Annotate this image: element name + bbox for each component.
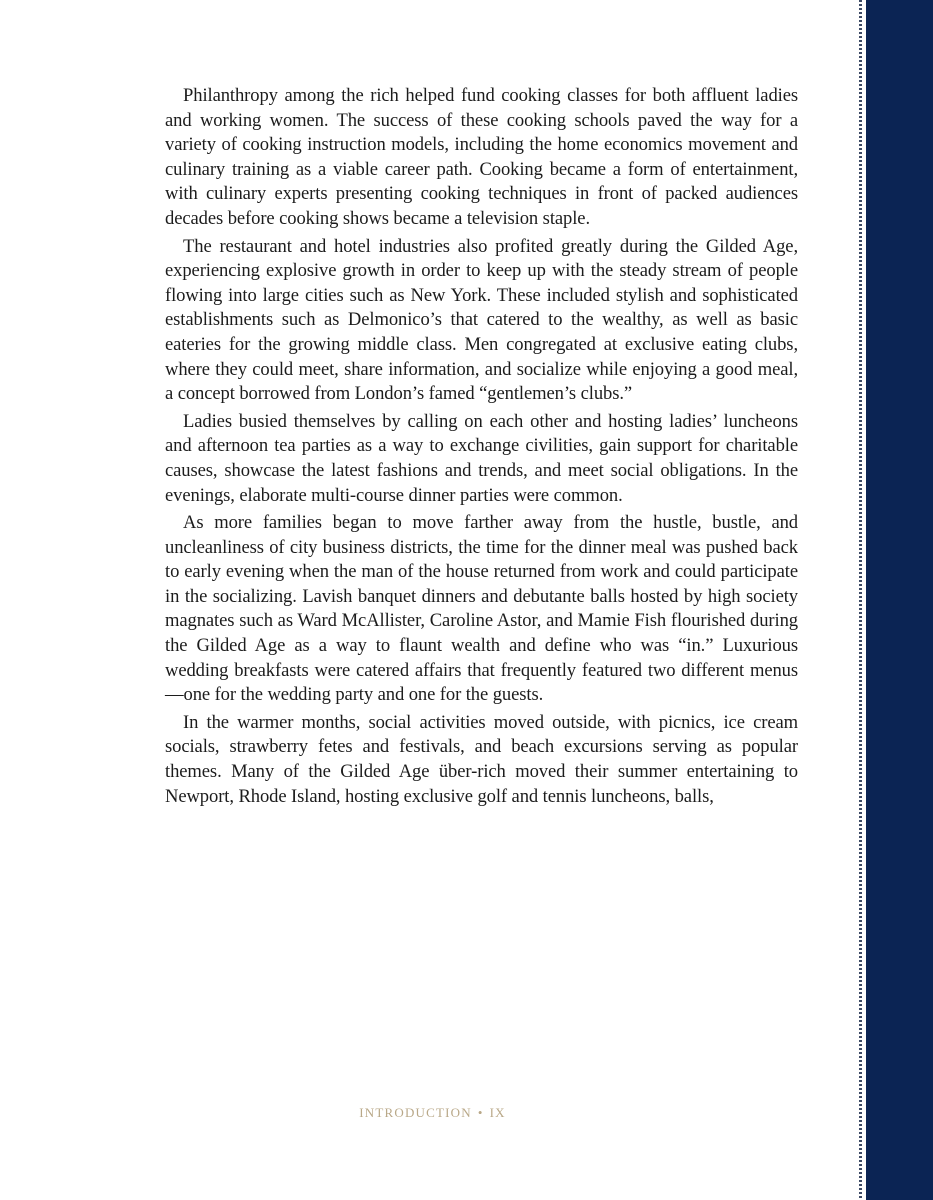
body-text: Philanthropy among the rich helped fund … — [165, 84, 798, 812]
footer-section-title: INTRODUCTION — [359, 1105, 472, 1120]
paragraph-restaurants-hotels: The restaurant and hotel industries also… — [165, 235, 798, 407]
dotted-rule-divider — [859, 0, 862, 1200]
paragraph-dinner-meal: As more families began to move farther a… — [165, 511, 798, 708]
paragraph-philanthropy: Philanthropy among the rich helped fund … — [165, 84, 798, 232]
footer-separator: • — [478, 1105, 484, 1120]
navy-side-band — [866, 0, 933, 1200]
running-footer: INTRODUCTION•IX — [0, 1105, 933, 1121]
paragraph-warmer-months: In the warmer months, social activities … — [165, 711, 798, 809]
book-page: Philanthropy among the rich helped fund … — [0, 0, 933, 1200]
paragraph-ladies-luncheons: Ladies busied themselves by calling on e… — [165, 410, 798, 508]
page-number: IX — [490, 1105, 506, 1120]
